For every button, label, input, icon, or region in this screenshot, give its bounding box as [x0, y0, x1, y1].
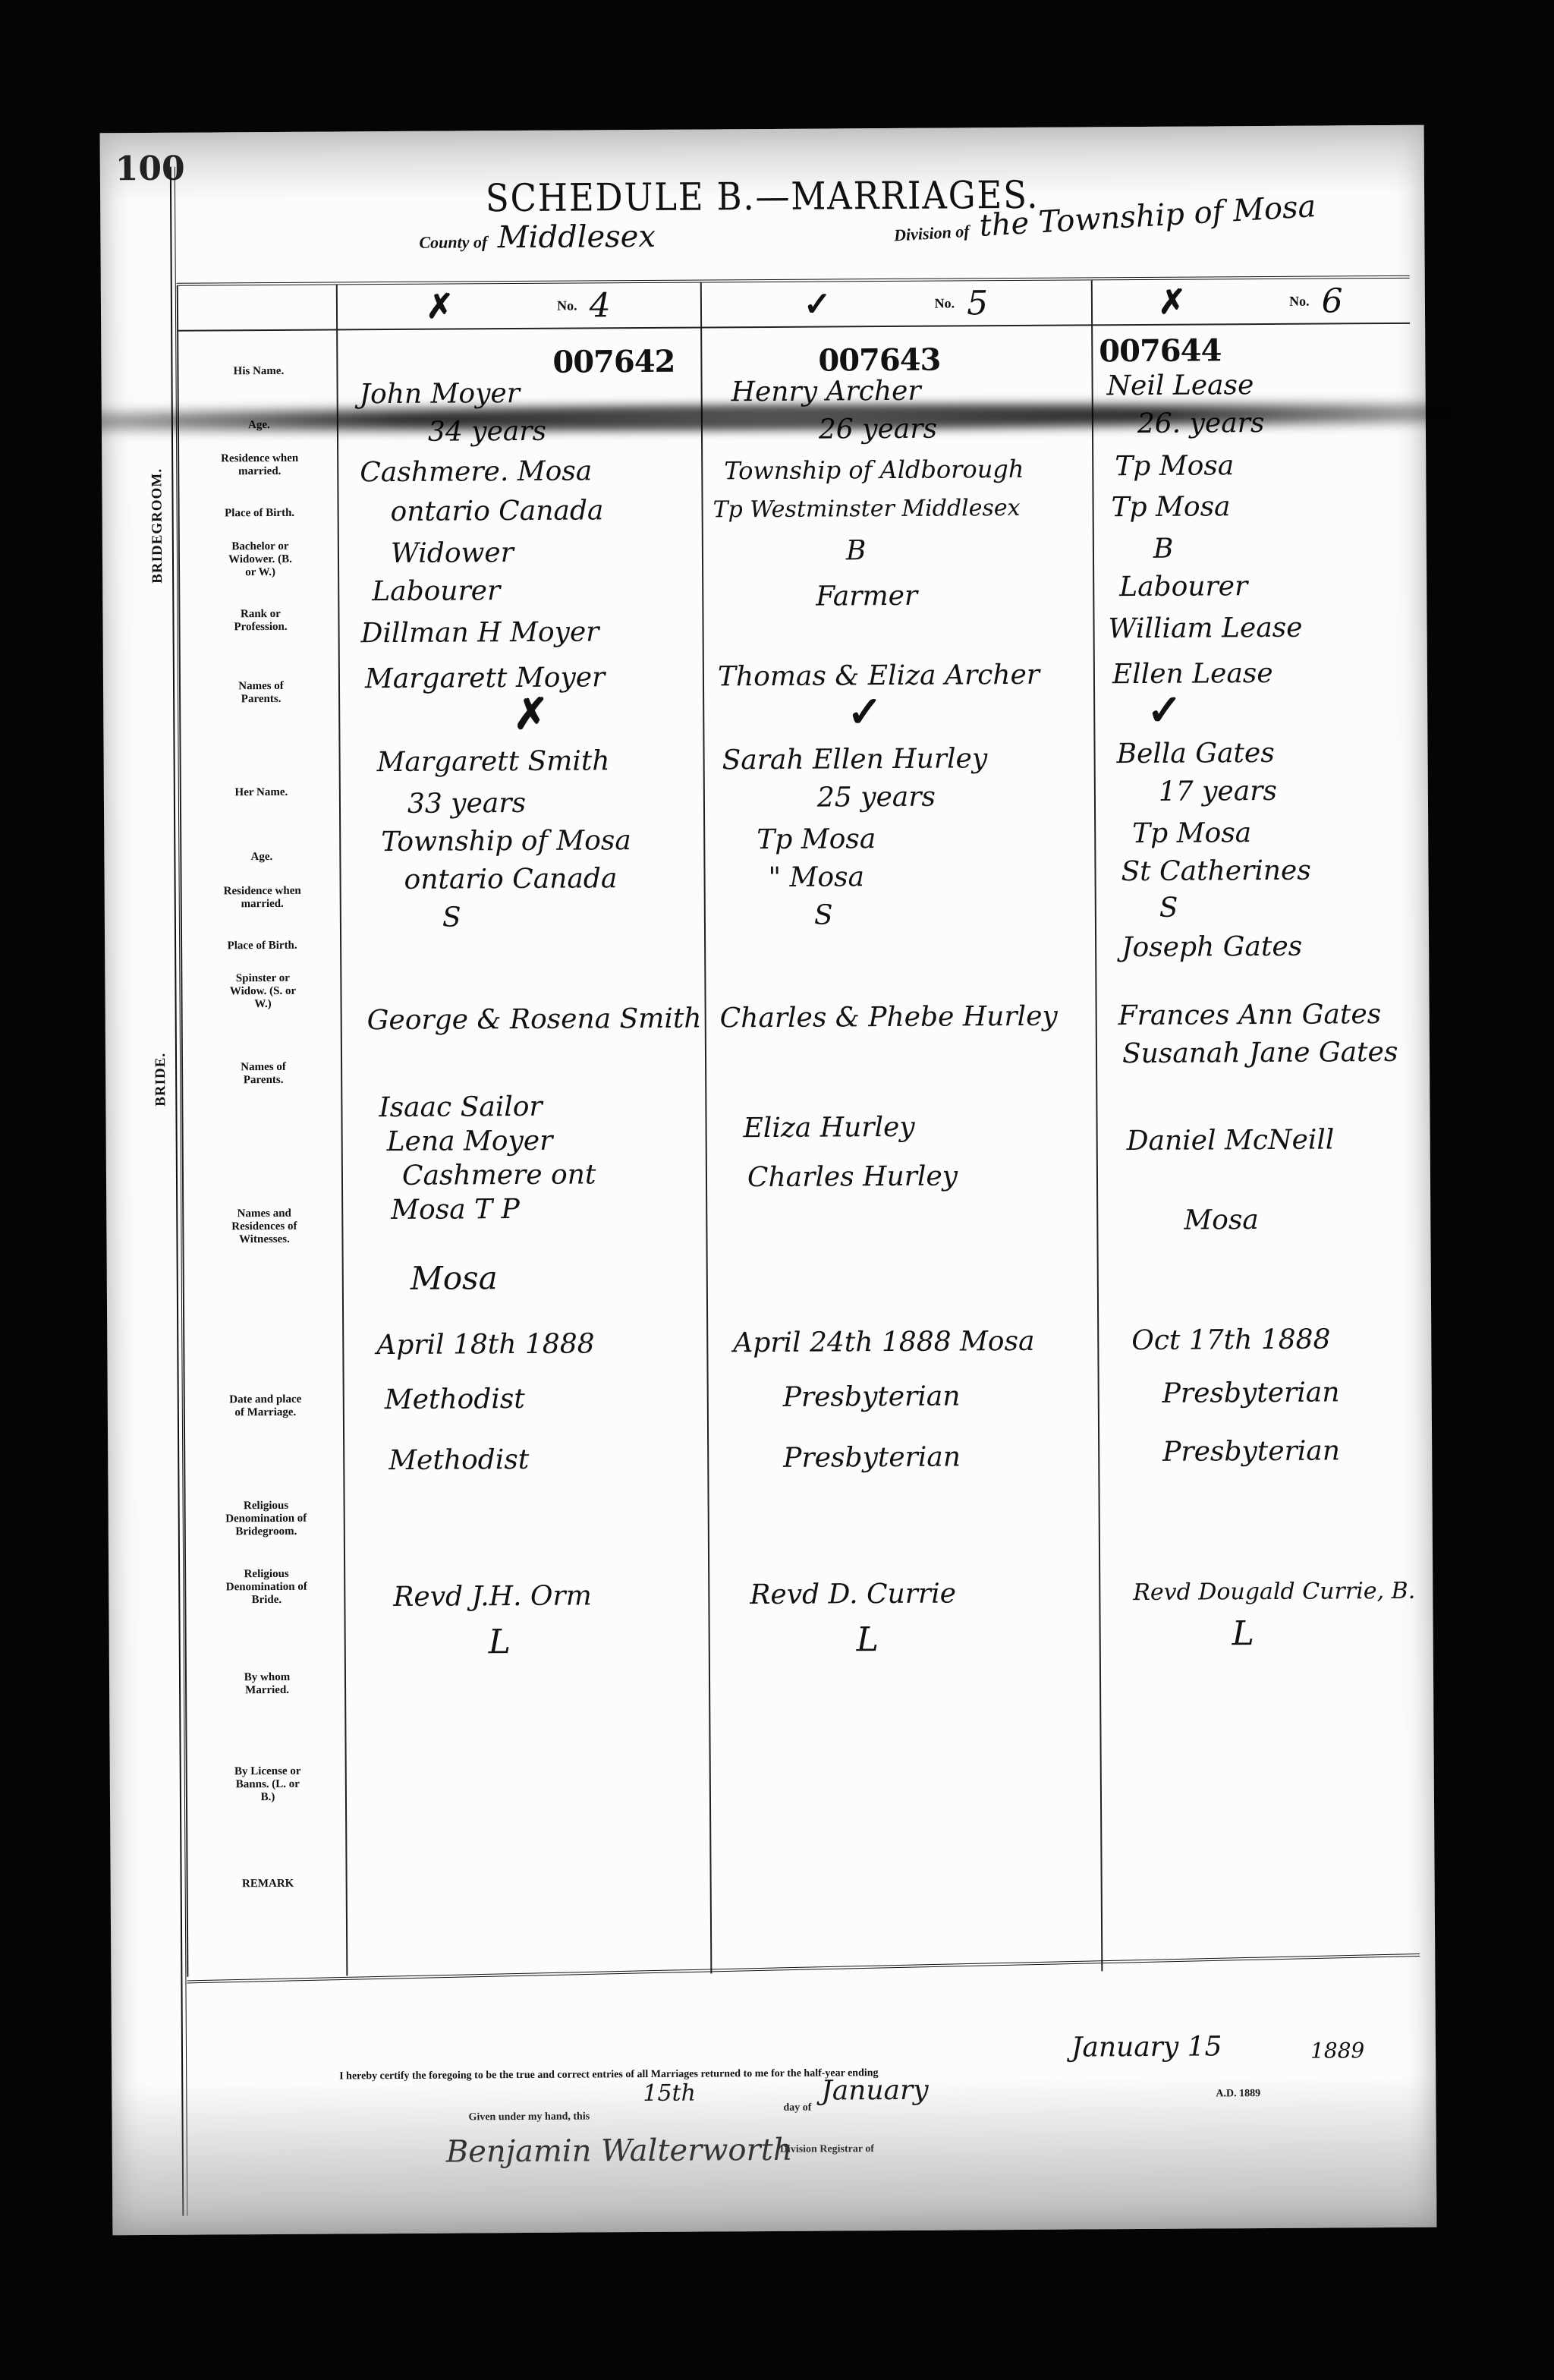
label-by-whom: By whom Married. [233, 1671, 301, 1698]
county-field: County of Middlesex [419, 219, 656, 256]
bride-mark-icon: ✓ [847, 688, 882, 737]
label-religion-bride: Religious Denomination of Bride. [225, 1568, 308, 1607]
label-rank: Rank or Profession. [222, 608, 298, 634]
bride-status: S [442, 902, 461, 933]
bride-mark-icon: ✗ [513, 690, 549, 739]
entry-number-5: ✓ No. 5 [700, 280, 1091, 326]
check-mark-icon: ✗ [426, 287, 454, 326]
groom-rank: Labourer [1119, 571, 1247, 603]
bride-name: Bella Gates [1116, 738, 1274, 770]
groom-rank: Labourer [372, 576, 500, 607]
bride-mark-icon: ✓ [1147, 686, 1182, 735]
bride-status: S [814, 900, 833, 930]
groom-parents: Dillman H Moyer [360, 617, 599, 649]
section-bridegroom: BRIDEGROOM. [149, 468, 166, 584]
label-remark: REMARK [194, 1877, 342, 1890]
groom-name: Henry Archer [731, 376, 921, 408]
register-number: 007642 [552, 344, 675, 380]
license-banns: L [489, 1627, 511, 1657]
bride-name: Margarett Smith [377, 746, 610, 778]
groom-parents: Margarett Moyer [365, 663, 606, 694]
groom-residence: Cashmere. Mosa [360, 456, 592, 488]
groom-name: John Moyer [360, 379, 521, 410]
label-witnesses: Names and Residences of Witnesses. [222, 1207, 306, 1247]
groom-birthplace: Tp Westminster Middlesex [713, 493, 1020, 525]
day-of-label: day of [783, 2102, 811, 2114]
certification-statement: I hereby certify the foregoing to be the… [339, 2067, 878, 2082]
check-mark-icon: ✗ [1158, 282, 1186, 321]
bride-birthplace: " Mosa [768, 862, 864, 893]
label-spinster-widow: Spinster or Widow. (S. or W.) [228, 972, 297, 1012]
label-religion-groom: Religious Denomination of Bridegroom. [225, 1500, 308, 1539]
groom-residence: Township of Aldborough [724, 454, 1024, 486]
bride-age: 17 years [1159, 776, 1277, 807]
marriage-date: April 24th 1888 Mosa [733, 1327, 1034, 1358]
religion-groom: Presbyterian [1162, 1377, 1340, 1409]
license-banns: L [857, 1625, 879, 1655]
register-number: 007644 [1099, 332, 1221, 369]
bride-parents: Frances Ann Gates [1118, 1000, 1382, 1031]
bride-parents: George & Rosena Smith [367, 1004, 702, 1037]
bride-name: Sarah Ellen Hurley [722, 744, 988, 776]
label-her-name: Her Name. [187, 785, 335, 799]
groom-birthplace: Tp Mosa [1111, 492, 1230, 523]
witness: Charles Hurley [747, 1161, 958, 1193]
groom-age: 34 years [428, 417, 546, 448]
groom-parents: William Lease [1108, 613, 1302, 645]
religion-bride: Methodist [388, 1445, 529, 1476]
religion-bride: Presbyterian [1162, 1436, 1340, 1467]
witness: Mosa [1184, 1205, 1259, 1236]
column-divider [336, 285, 348, 1975]
witness: Daniel McNeill [1127, 1125, 1335, 1157]
bride-parents: Susanah Jane Gates [1122, 1037, 1398, 1069]
register-number: 007643 [818, 342, 940, 379]
bride-residence: Township of Mosa [381, 826, 631, 858]
marriage-place: Mosa [411, 1263, 498, 1294]
half-year-end-year: 1889 [1310, 2038, 1364, 2063]
label-parents: Names of Parents. [227, 680, 295, 707]
label-residence: Residence when married. [214, 452, 305, 479]
column-divider [1091, 280, 1103, 1971]
county-label: County of [419, 232, 487, 252]
bride-status: S [1159, 893, 1178, 924]
bride-age: 25 years [817, 782, 936, 814]
label-bachelor-widower: Bachelor or Widower. (B. or W.) [222, 540, 298, 580]
witness: Isaac Sailor [379, 1092, 543, 1123]
religion-bride: Presbyterian [783, 1442, 961, 1473]
entry-number-4: ✗ No. 4 [336, 283, 700, 329]
check-mark-icon: ✓ [804, 285, 832, 323]
label-age: Age. [185, 418, 333, 432]
groom-parents: Ellen Lease [1112, 659, 1273, 690]
half-year-end: January 15 [1071, 2031, 1222, 2063]
label-license-banns: By License or Banns. (L. or B.) [230, 1765, 306, 1805]
bride-age: 33 years [407, 789, 526, 820]
label-date-place: Date and place of Marriage. [228, 1393, 304, 1420]
registrar-label: Division Registrar of [780, 2143, 874, 2156]
day-value: 15th [643, 2080, 696, 2107]
officiant: Revd D. Currie [750, 1579, 956, 1610]
marriage-date: Oct 17th 1888 [1131, 1324, 1330, 1356]
bride-residence: Tp Mosa [1132, 818, 1251, 849]
bride-parents: Charles & Phebe Hurley [720, 1002, 1058, 1034]
groom-rank: Farmer [816, 581, 917, 612]
witness: Lena Moyer [387, 1126, 553, 1157]
registrar-signature: Benjamin Walterworth [446, 2133, 793, 2170]
label-bride-residence: Residence when married. [217, 885, 308, 911]
column-divider [700, 283, 713, 1974]
license-banns: L [1232, 1619, 1254, 1649]
groom-status: Widower [391, 538, 514, 569]
division-label: Division of [893, 222, 970, 245]
ad-year: A.D. 1889 [1216, 2088, 1260, 2100]
month-value: January [821, 2075, 929, 2107]
bride-parents: Joseph Gates [1121, 932, 1302, 963]
label-bride-birthplace: Place of Birth. [188, 939, 336, 952]
marriage-date: April 18th 1888 [376, 1329, 594, 1361]
religion-groom: Presbyterian [783, 1381, 961, 1412]
given-under-hand-label: Given under my hand, this [468, 2111, 590, 2123]
marriage-schedule-table: ✗ No. 4 ✓ No. 5 ✗ No. 6 BRIDEGROOM. BRID… [177, 275, 1420, 1977]
religion-groom: Methodist [385, 1384, 525, 1415]
county-value: Middlesex [498, 219, 656, 255]
groom-age: 26 years [819, 414, 937, 445]
label-bride-parents: Names of Parents. [229, 1061, 297, 1088]
groom-name: Neil Lease [1106, 370, 1254, 401]
witness: Cashmere ont [402, 1160, 596, 1192]
witness: Mosa T P [391, 1195, 520, 1226]
witness: Eliza Hurley [743, 1113, 914, 1144]
bride-birthplace: ontario Canada [404, 864, 617, 896]
officiant: Revd Dougald Currie, B. [1133, 1576, 1415, 1608]
label-his-name: His Name. [184, 364, 332, 378]
officiant: Revd J.H. Orm [393, 1581, 592, 1613]
groom-birthplace: ontario Canada [390, 496, 603, 527]
groom-age: 26. years [1137, 408, 1265, 439]
label-bride-age: Age. [187, 850, 335, 864]
groom-status: B [846, 536, 867, 566]
register-page: 100 SCHEDULE B.—MARRIAGES. County of Mid… [100, 125, 1437, 2236]
entry-number-6: ✗ No. 6 [1091, 279, 1410, 325]
bride-birthplace: St Catherines [1121, 856, 1310, 888]
groom-status: B [1153, 534, 1174, 565]
entry-number-row: ✗ No. 4 ✓ No. 5 ✗ No. 6 [177, 279, 1410, 332]
section-bride: BRIDE. [153, 1053, 169, 1107]
label-birthplace: Place of Birth. [186, 506, 334, 520]
bride-residence: Tp Mosa [757, 824, 876, 855]
groom-residence: Tp Mosa [1115, 451, 1234, 482]
